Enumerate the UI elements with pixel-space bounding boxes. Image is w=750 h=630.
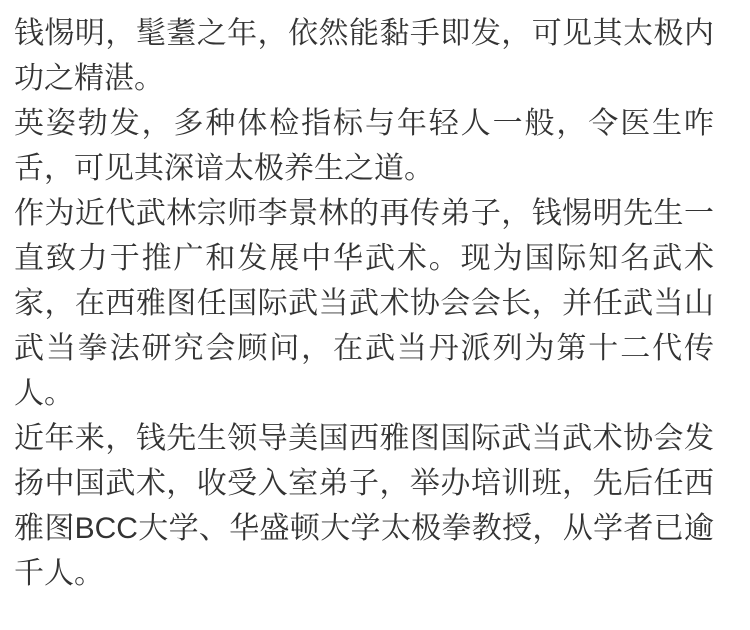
- page: 钱惕明，髦耋之年，依然能黏手即发，可见其太极内功之精湛。 英姿勃发，多种体检指标…: [0, 0, 750, 630]
- paragraph-health: 英姿勃发，多种体检指标与年轻人一般，令医生咋舌，可见其深谙太极养生之道。: [14, 101, 714, 191]
- paragraph-lineage: 作为近代武林宗师李景林的再传弟子，钱惕明先生一直致力于推广和发展中华武术。现为国…: [14, 191, 714, 416]
- text-content: 钱惕明，髦耋之年，依然能黏手即发，可见其太极内功之精湛。 英姿勃发，多种体检指标…: [0, 0, 750, 596]
- paragraph-taiji-neigong: 钱惕明，髦耋之年，依然能黏手即发，可见其太极内功之精湛。: [14, 11, 714, 101]
- paragraph-recent-years: 近年来，钱先生领导美国西雅图国际武当武术协会发扬中国武术，收受入室弟子，举办培训…: [14, 416, 714, 596]
